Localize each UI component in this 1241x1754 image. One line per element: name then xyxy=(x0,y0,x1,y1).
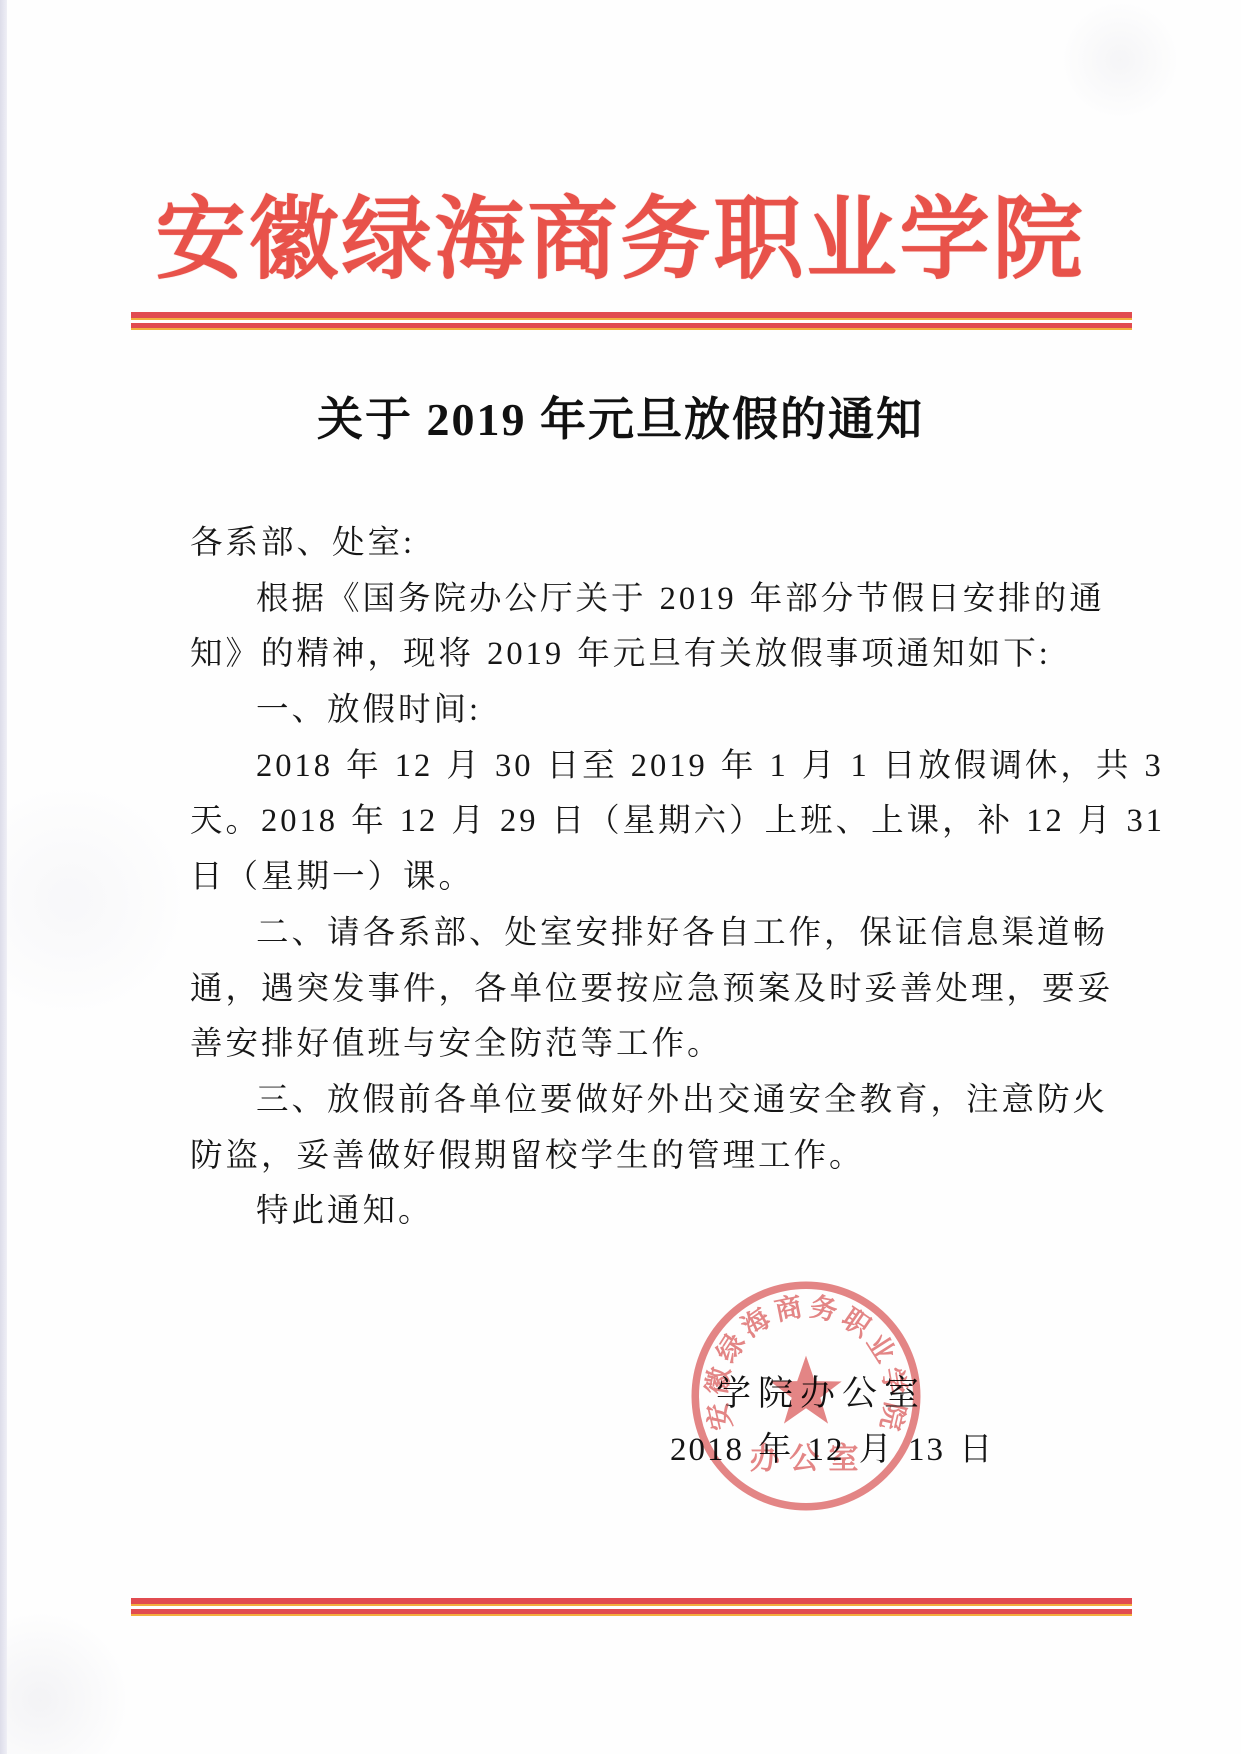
body-line: 三、放假前各单位要做好外出交通安全教育，注意防火 xyxy=(190,1073,1080,1129)
header-rule xyxy=(131,312,1132,330)
footer-rule xyxy=(131,1598,1132,1616)
body-line: 日（星期一）课。 xyxy=(190,850,1080,906)
body-line: 二、请各系部、处室安排好各自工作，保证信息渠道畅 xyxy=(190,906,1080,962)
footer-rule-bar xyxy=(131,1598,1132,1606)
official-seal-icon: 安徽绿海商务职业学院 办公室 xyxy=(681,1274,931,1518)
college-name: 安徽绿海商务职业学院 xyxy=(0,186,1241,296)
seal-office-text: 办公室 xyxy=(750,1442,868,1475)
header-rule-bar xyxy=(131,312,1132,320)
scanned-notice-page: 安徽绿海商务职业学院 关于 2019 年元旦放假的通知 各系部、处室: 根据《国… xyxy=(0,0,1241,1754)
header-rule-bar xyxy=(131,323,1132,330)
seal-star-icon xyxy=(770,1356,841,1424)
body-line: 天。2018 年 12 月 29 日（星期六）上班、上课，补 12 月 31 xyxy=(190,794,1080,850)
footer-rule-bar xyxy=(131,1609,1132,1616)
body-line: 特此通知。 xyxy=(190,1184,1080,1240)
body-line: 善安排好值班与安全防范等工作。 xyxy=(190,1017,1080,1073)
body-line: 知》的精神，现将 2019 年元旦有关放假事项通知如下: xyxy=(190,627,1080,683)
notice-title: 关于 2019 年元旦放假的通知 xyxy=(0,390,1241,450)
body-line: 根据《国务院办公厅关于 2019 年部分节假日安排的通 xyxy=(190,572,1080,628)
body-line: 2018 年 12 月 30 日至 2019 年 1 月 1 日放假调休，共 3 xyxy=(190,739,1080,795)
body-line: 防盗，妥善做好假期留校学生的管理工作。 xyxy=(190,1129,1080,1185)
body-line: 一、放假时间: xyxy=(190,683,1080,739)
document-body: 各系部、处室: 根据《国务院办公厅关于 2019 年部分节假日安排的通 知》的精… xyxy=(190,516,1080,1240)
body-line: 各系部、处室: xyxy=(190,516,1080,572)
body-line: 通，遇突发事件，各单位要按应急预案及时妥善处理，要妥 xyxy=(190,962,1080,1018)
